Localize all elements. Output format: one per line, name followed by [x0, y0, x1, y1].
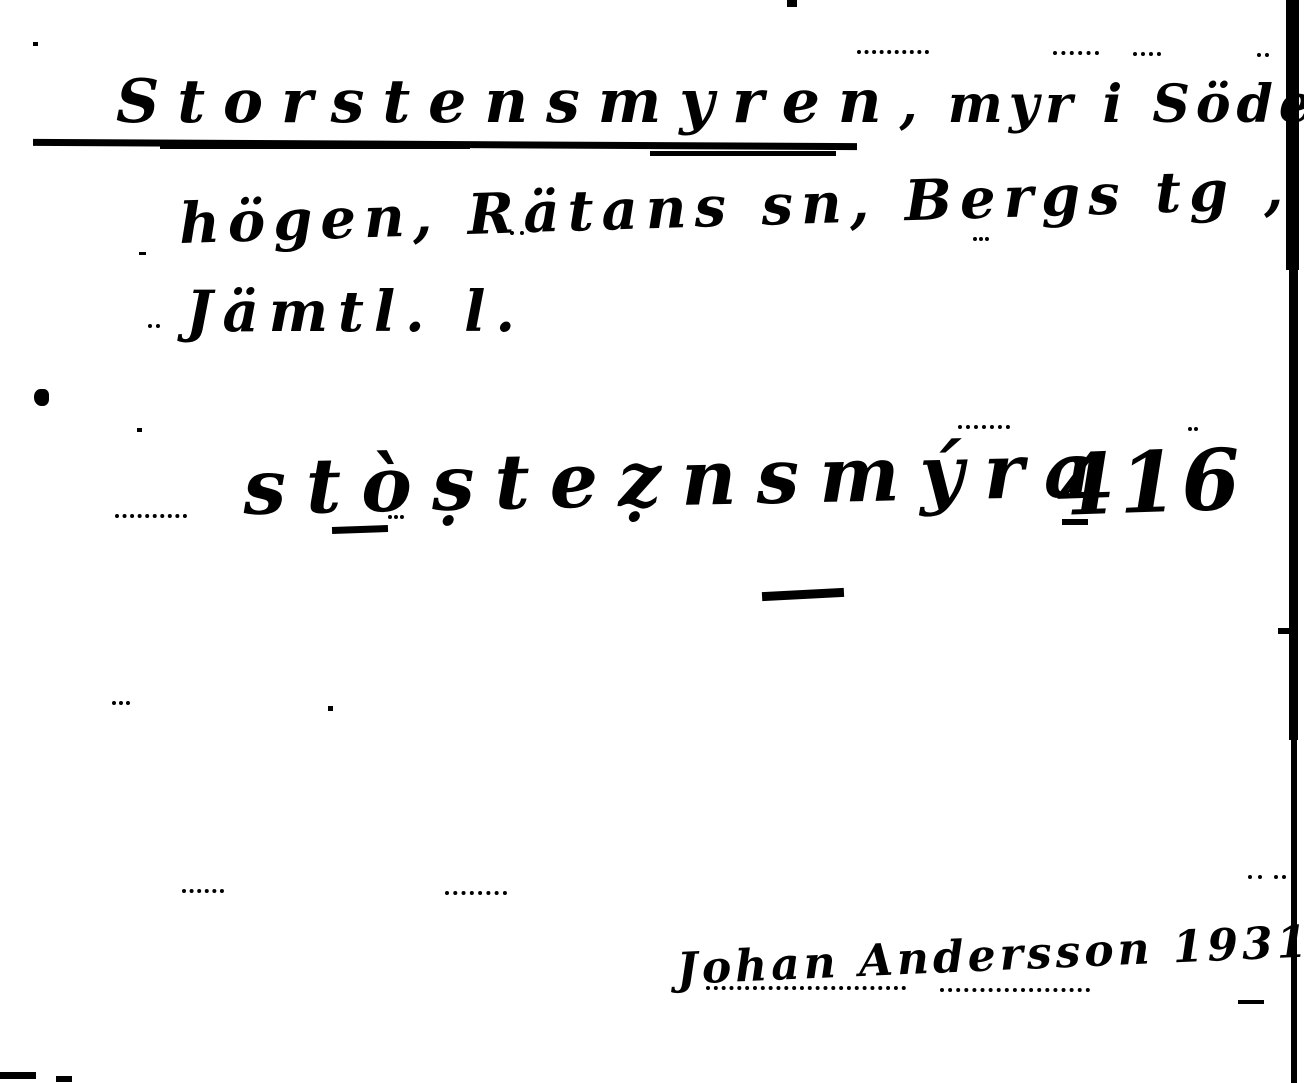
scan-edge-cross-tick — [1278, 628, 1298, 634]
ink-speck-row — [445, 891, 507, 895]
signature-dotted-guideline — [706, 986, 906, 990]
ink-speck-row — [510, 231, 524, 235]
ink-speck-row — [857, 50, 929, 54]
phonetic-underline-descender — [762, 588, 844, 601]
scanned-archive-card: Storstensmyren, myr i Söder- högen, Räta… — [0, 0, 1304, 1083]
ink-speck — [787, 0, 797, 7]
province-line: Jämtl. l. — [186, 284, 525, 340]
phonetic-underline-o — [332, 525, 388, 534]
ink-speck-row — [1133, 52, 1161, 56]
ink-speck-row — [182, 889, 224, 893]
ink-speck — [328, 706, 333, 711]
ink-speck — [139, 252, 146, 255]
signature-dotted-guideline — [940, 988, 1090, 992]
heading-line: Storstensmyren, myr i Söder- — [116, 72, 1304, 132]
ink-speck — [33, 42, 38, 46]
ink-speck-row — [1274, 875, 1286, 879]
bottom-edge-mark — [0, 1072, 36, 1079]
number-underline-tick — [1062, 519, 1088, 525]
bottom-edge-mark — [56, 1076, 72, 1082]
heading-descriptor: , myr i Söder- — [900, 74, 1304, 135]
phonetic-transcription: stòṣteẓnsmýra — [242, 432, 1113, 526]
locality-line: högen, Rätans sn, Bergs tg , — [178, 161, 1292, 252]
ink-speck-row — [1257, 53, 1269, 57]
ink-speck — [1238, 1000, 1264, 1004]
ink-speck-row — [958, 425, 1010, 429]
headword-underline-second-stroke — [650, 151, 836, 156]
ink-speck-row — [112, 701, 130, 705]
signature: Johan Andersson 1931. — [676, 920, 1304, 992]
ink-speck-row — [388, 515, 404, 519]
ink-speck-row — [115, 514, 187, 518]
headword-underline-thick — [160, 145, 470, 149]
ink-speck — [137, 428, 142, 432]
scan-edge-bar-top — [1286, 0, 1299, 270]
ink-speck-row — [1053, 51, 1099, 55]
scan-edge-bar-bottom — [1291, 740, 1297, 1083]
reference-number: 416 — [1055, 438, 1245, 528]
ink-speck-row — [1248, 875, 1262, 879]
place-name-headword: Storstensmyren — [116, 67, 900, 137]
ink-speck-row — [973, 237, 989, 241]
scan-edge-bar-middle — [1289, 270, 1298, 740]
ink-blot — [34, 389, 49, 406]
ink-speck-row — [148, 324, 160, 328]
ink-speck-row — [1188, 427, 1198, 431]
